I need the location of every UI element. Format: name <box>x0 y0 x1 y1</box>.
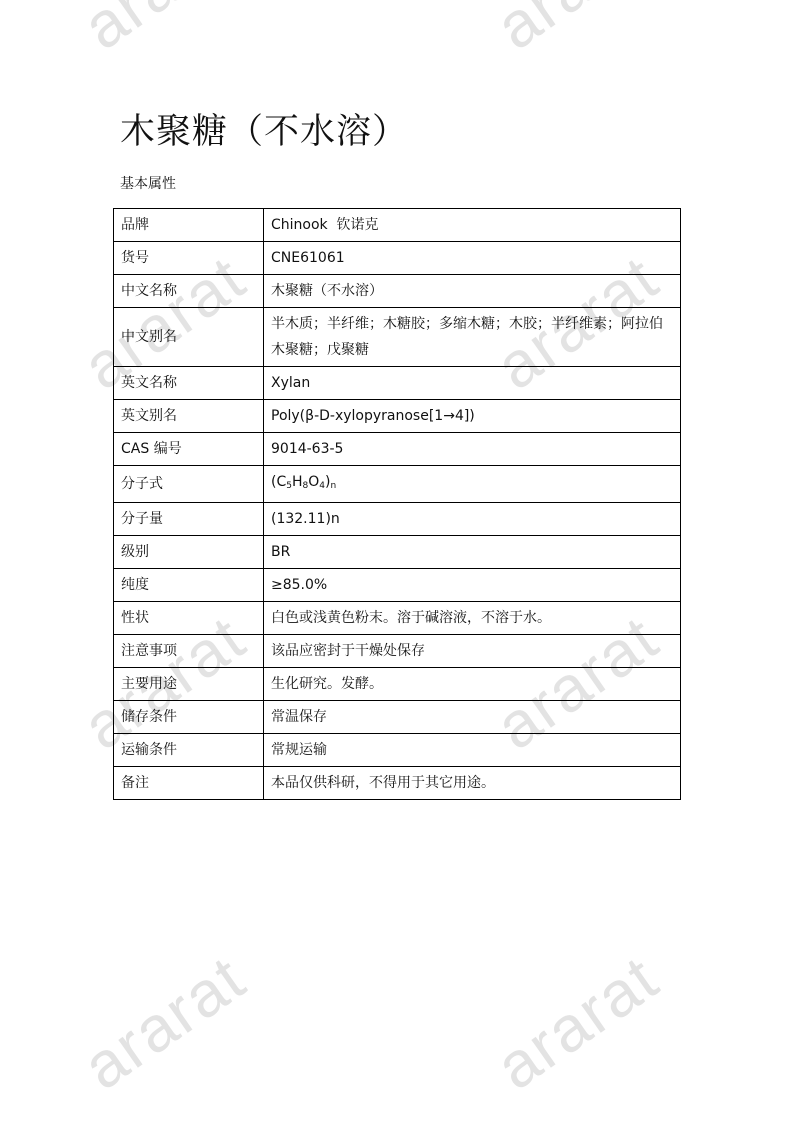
page-title: 木聚糖（不水溶） <box>120 104 408 154</box>
property-key: 储存条件 <box>114 701 264 734</box>
table-row-remarks: 备注 本品仅供科研，不得用于其它用途。 <box>114 767 681 800</box>
table-row-english-alias: 英文别名 Poly(β-D-xylopyranose[1→4]) <box>114 400 681 433</box>
table-row-cas-number: CAS 编号 9014-63-5 <box>114 433 681 466</box>
property-value: 常规运输 <box>264 734 681 767</box>
property-key: CAS 编号 <box>114 433 264 466</box>
property-value: 9014-63-5 <box>264 433 681 466</box>
property-value: 白色或浅黄色粉末。溶于碱溶液，不溶于水。 <box>264 602 681 635</box>
table-row-molecular-weight: 分子量 (132.11)n <box>114 503 681 536</box>
property-key: 主要用途 <box>114 668 264 701</box>
formula-part: H <box>292 474 303 490</box>
properties-table: 品牌 Chinook 钦诺克 货号 CNE61061 中文名称 木聚糖（不水溶）… <box>113 208 681 800</box>
property-value: 常温保存 <box>264 701 681 734</box>
property-key: 分子式 <box>114 466 264 503</box>
property-value: Chinook 钦诺克 <box>264 209 681 242</box>
table-row-precautions: 注意事项 该品应密封于干燥处保存 <box>114 635 681 668</box>
property-key: 货号 <box>114 242 264 275</box>
table-row-english-name: 英文名称 Xylan <box>114 367 681 400</box>
table-row-purity: 纯度 ≥85.0% <box>114 569 681 602</box>
table-row-molecular-formula: 分子式 (C5H8O4)n <box>114 466 681 503</box>
property-key: 性状 <box>114 602 264 635</box>
table-row-brand: 品牌 Chinook 钦诺克 <box>114 209 681 242</box>
property-value: 生化研究。发酵。 <box>264 668 681 701</box>
watermark: ararat <box>483 0 672 64</box>
property-value: 半木质；半纤维；木糖胶；多缩木糖；木胶；半纤维素；阿拉伯木聚糖；戊聚糖 <box>264 308 681 367</box>
property-key: 分子量 <box>114 503 264 536</box>
property-key: 级别 <box>114 536 264 569</box>
property-value: 木聚糖（不水溶） <box>264 275 681 308</box>
property-value: Xylan <box>264 367 681 400</box>
property-value: ≥85.0% <box>264 569 681 602</box>
watermark: ararat <box>483 941 672 1104</box>
table-row-main-uses: 主要用途 生化研究。发酵。 <box>114 668 681 701</box>
property-value: 本品仅供科研，不得用于其它用途。 <box>264 767 681 800</box>
property-value: Poly(β-D-xylopyranose[1→4]) <box>264 400 681 433</box>
table-row-catalog-number: 货号 CNE61061 <box>114 242 681 275</box>
formula-subscript: n <box>330 481 336 491</box>
property-value: BR <box>264 536 681 569</box>
table-row-chinese-aliases: 中文别名 半木质；半纤维；木糖胶；多缩木糖；木胶；半纤维素；阿拉伯木聚糖；戊聚糖 <box>114 308 681 367</box>
table-row-grade: 级别 BR <box>114 536 681 569</box>
property-key: 品牌 <box>114 209 264 242</box>
section-heading-basic-properties: 基本属性 <box>120 173 176 193</box>
formula-part: O <box>308 474 319 490</box>
property-key: 备注 <box>114 767 264 800</box>
table-row-shipping-conditions: 运输条件 常规运输 <box>114 734 681 767</box>
property-value: (132.11)n <box>264 503 681 536</box>
document-page: ararat ararat ararat ararat ararat arara… <box>0 0 793 1122</box>
property-key: 英文名称 <box>114 367 264 400</box>
table-row-chinese-name: 中文名称 木聚糖（不水溶） <box>114 275 681 308</box>
watermark: ararat <box>70 0 259 64</box>
property-key: 注意事项 <box>114 635 264 668</box>
formula-part: (C <box>271 474 286 490</box>
table-row-storage-conditions: 储存条件 常温保存 <box>114 701 681 734</box>
property-key: 中文别名 <box>114 308 264 367</box>
property-key: 中文名称 <box>114 275 264 308</box>
property-key: 运输条件 <box>114 734 264 767</box>
property-key: 纯度 <box>114 569 264 602</box>
property-value-formula: (C5H8O4)n <box>264 466 681 503</box>
property-value: 该品应密封于干燥处保存 <box>264 635 681 668</box>
property-value: CNE61061 <box>264 242 681 275</box>
property-key: 英文别名 <box>114 400 264 433</box>
watermark: ararat <box>70 941 259 1104</box>
table-row-appearance: 性状 白色或浅黄色粉末。溶于碱溶液，不溶于水。 <box>114 602 681 635</box>
